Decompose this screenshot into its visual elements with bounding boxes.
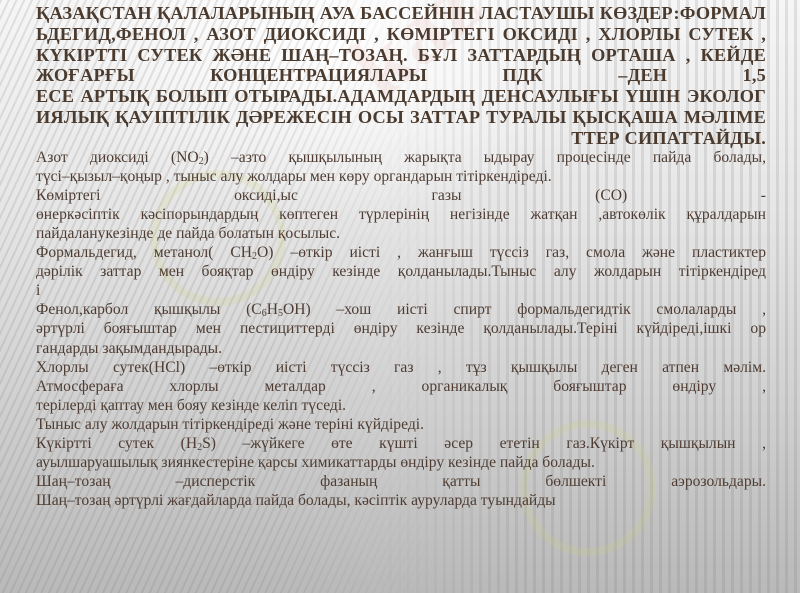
body-line: терілерді қаптау мен бояу кезінде келіп … xyxy=(36,396,766,415)
body-line: пайдаланукезінде де пайда болатын қосылы… xyxy=(36,224,766,243)
body-line: і xyxy=(36,281,766,300)
body-line: ауылшаруашылық зиянкестеріне қарсы химик… xyxy=(36,453,766,472)
body-line: Азот диоксиді (NO2) –азто қышқылының жар… xyxy=(36,148,766,167)
body-line: Атмосфераға хлорлы металдар , органикалы… xyxy=(36,377,766,396)
body-line: гандарды зақымдандырады. xyxy=(36,339,766,358)
body-line: Көміртегі оксиді,ыс газы (CO) - xyxy=(36,186,766,205)
body-line: түсі–қызыл–қоңыр , тыныс алу жолдары мен… xyxy=(36,167,766,186)
heading-line: ИЯЛЫҚ ҚАУІПТІЛІК ДӘРЕЖЕСІН ОСЫ ЗАТТАР ТУ… xyxy=(36,107,766,128)
body-line: Шаң–тозаң –дисперстік фазаның қатты бөлш… xyxy=(36,472,766,491)
slide-heading: ҚАЗАҚСТАН ҚАЛАЛАРЫНЫҢ АУА БАССЕЙНІН ЛАСТ… xyxy=(36,3,766,149)
heading-line: ЕСЕ АРТЫҚ БОЛЫП ОТЫРАДЫ.АДАМДАРДЫҢ ДЕНСА… xyxy=(36,86,766,107)
heading-line: ЖОҒАРҒЫ КОНЦЕНТРАЦИЯЛАРЫ ПДК –ДЕН 1,5 xyxy=(36,65,766,86)
heading-line: КҮКІРТТІ СУТЕК ЖӘНЕ ШАҢ–ТОЗАҢ. БҰЛ ЗАТТА… xyxy=(36,45,766,66)
body-line: Фенол,карбол қышқылы (C6H5OH) –хош иісті… xyxy=(36,300,766,319)
body-line: Шаң–тозаң әртүрлі жағдайларда пайда бола… xyxy=(36,491,766,510)
body-line: Күкіртті сутек (H2S) –жүйкеге өте күшті … xyxy=(36,434,766,453)
body-line: Формальдегид, метанол( CH2O) –өткір иіст… xyxy=(36,243,766,262)
heading-line: ҚАЗАҚСТАН ҚАЛАЛАРЫНЫҢ АУА БАССЕЙНІН ЛАСТ… xyxy=(36,3,766,24)
heading-line: ЬДЕГИД,ФЕНОЛ , АЗОТ ДИОКСИДІ , КӨМІРТЕГІ… xyxy=(36,24,766,45)
body-line: дәрілік заттар мен бояқтар өндіру кезінд… xyxy=(36,262,766,281)
slide-body-text: Азот диоксиді (NO2) –азто қышқылының жар… xyxy=(36,148,766,511)
heading-line: ТТЕР СИПАТТАЙДЫ. xyxy=(36,128,766,149)
body-line: Хлорлы сутек(HCl) –өткір иісті түссіз га… xyxy=(36,358,766,377)
body-line: Тыныс алу жолдарын тітіркендіреді және т… xyxy=(36,415,766,434)
body-line: әртүрлі бояғыштар мен пестициттерді өнді… xyxy=(36,319,766,338)
body-line: өнеркәсіптік кәсіпорындардың көптеген тү… xyxy=(36,205,766,224)
slide-content: ҚАЗАҚСТАН ҚАЛАЛАРЫНЫҢ АУА БАССЕЙНІН ЛАСТ… xyxy=(36,3,766,510)
